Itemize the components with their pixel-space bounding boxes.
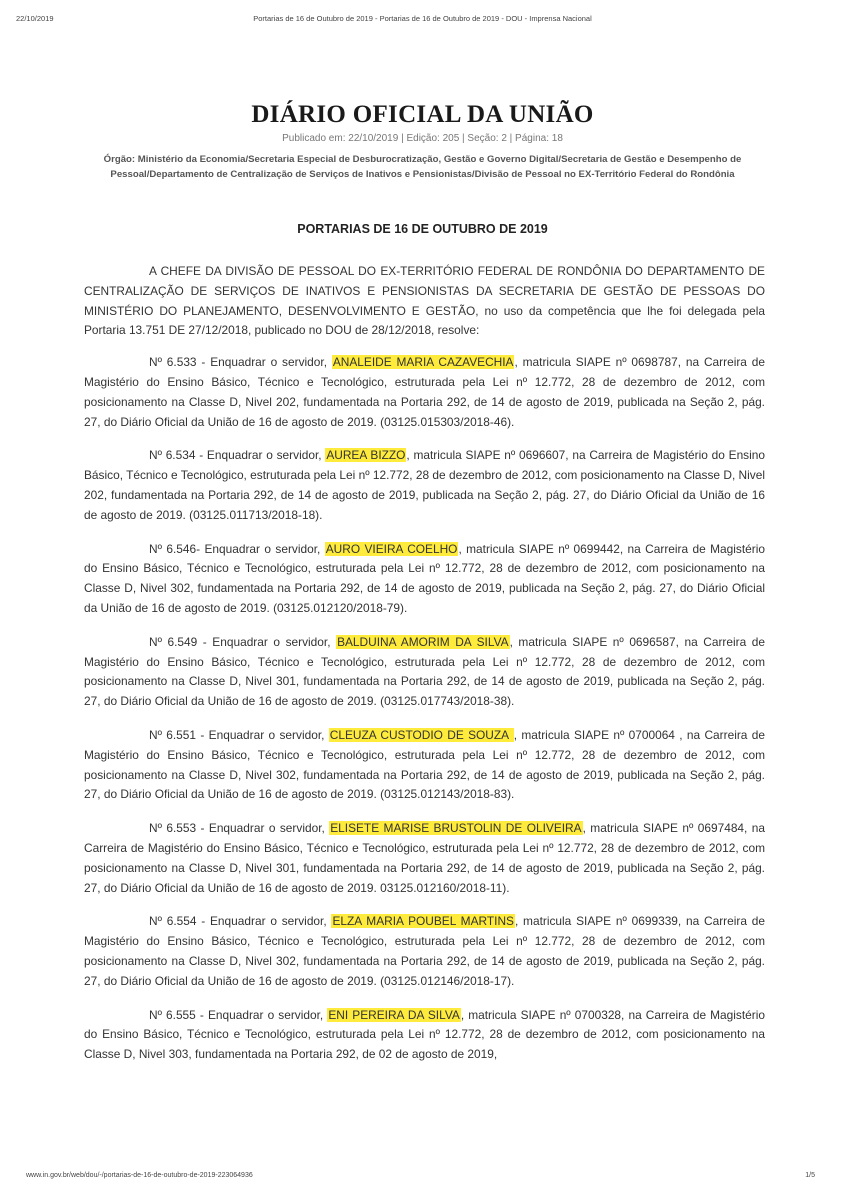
issuing-agency: Órgão: Ministério da Economia/Secretaria… — [73, 152, 773, 182]
highlighted-name: CLEUZA CUSTODIO DE SOUZA — [329, 728, 514, 742]
portaria-prefix: Nº 6.549 - Enquadrar o servidor, — [149, 635, 336, 649]
print-url: www.in.gov.br/web/dou/-/portarias-de-16-… — [26, 1172, 253, 1179]
portaria-paragraph: Nº 6.554 - Enquadrar o servidor, ELZA MA… — [84, 912, 765, 991]
portaria-prefix: Nº 6.533 - Enquadrar o servidor, — [149, 355, 332, 369]
document-body: A CHEFE DA DIVISÃO DE PESSOAL DO EX-TERR… — [84, 262, 765, 1079]
portaria-paragraph: Nº 6.555 - Enquadrar o servidor, ENI PER… — [84, 1006, 765, 1065]
preamble: A CHEFE DA DIVISÃO DE PESSOAL DO EX-TERR… — [84, 262, 765, 341]
portaria-paragraph: Nº 6.546- Enquadrar o servidor, AURO VIE… — [84, 540, 765, 619]
page-number: 1/5 — [805, 1172, 815, 1179]
portaria-prefix: Nº 6.551 - Enquadrar o servidor, — [149, 728, 329, 742]
publication-info: Publicado em: 22/10/2019 | Edição: 205 |… — [0, 132, 845, 146]
portaria-prefix: Nº 6.554 - Enquadrar o servidor, — [149, 914, 331, 928]
highlighted-name: ELZA MARIA POUBEL MARTINS — [331, 914, 515, 928]
highlighted-name: AUREA BIZZO — [325, 448, 406, 462]
portaria-paragraph: Nº 6.553 - Enquadrar o servidor, ELISETE… — [84, 819, 765, 898]
portaria-prefix: Nº 6.555 - Enquadrar o servidor, — [149, 1008, 327, 1022]
portaria-paragraph: Nº 6.549 - Enquadrar o servidor, BALDUIN… — [84, 633, 765, 712]
masthead: DIÁRIO OFICIAL DA UNIÃO Publicado em: 22… — [0, 100, 845, 182]
highlighted-name: ANALEIDE MARIA CAZAVECHIA — [332, 355, 515, 369]
newspaper-title: DIÁRIO OFICIAL DA UNIÃO — [0, 100, 845, 130]
highlighted-name: ELISETE MARISE BRUSTOLIN DE OLIVEIRA — [329, 821, 582, 835]
portaria-prefix: Nº 6.546- Enquadrar o servidor, — [149, 542, 325, 556]
print-page-title: Portarias de 16 de Outubro de 2019 - Por… — [0, 14, 845, 23]
highlighted-name: BALDUINA AMORIM DA SILVA — [336, 635, 510, 649]
highlighted-name: ENI PEREIRA DA SILVA — [327, 1008, 460, 1022]
portaria-prefix: Nº 6.534 - Enquadrar o servidor, — [149, 448, 325, 462]
highlighted-name: AURO VIEIRA COELHO — [325, 542, 459, 556]
portaria-paragraph: Nº 6.534 - Enquadrar o servidor, AUREA B… — [84, 446, 765, 525]
portaria-paragraph: Nº 6.551 - Enquadrar o servidor, CLEUZA … — [84, 726, 765, 805]
print-header: 22/10/2019 Portarias de 16 de Outubro de… — [0, 14, 845, 28]
document-title: PORTARIAS DE 16 DE OUTUBRO DE 2019 — [0, 222, 845, 236]
portaria-prefix: Nº 6.553 - Enquadrar o servidor, — [149, 821, 329, 835]
portaria-paragraph: Nº 6.533 - Enquadrar o servidor, ANALEID… — [84, 353, 765, 432]
